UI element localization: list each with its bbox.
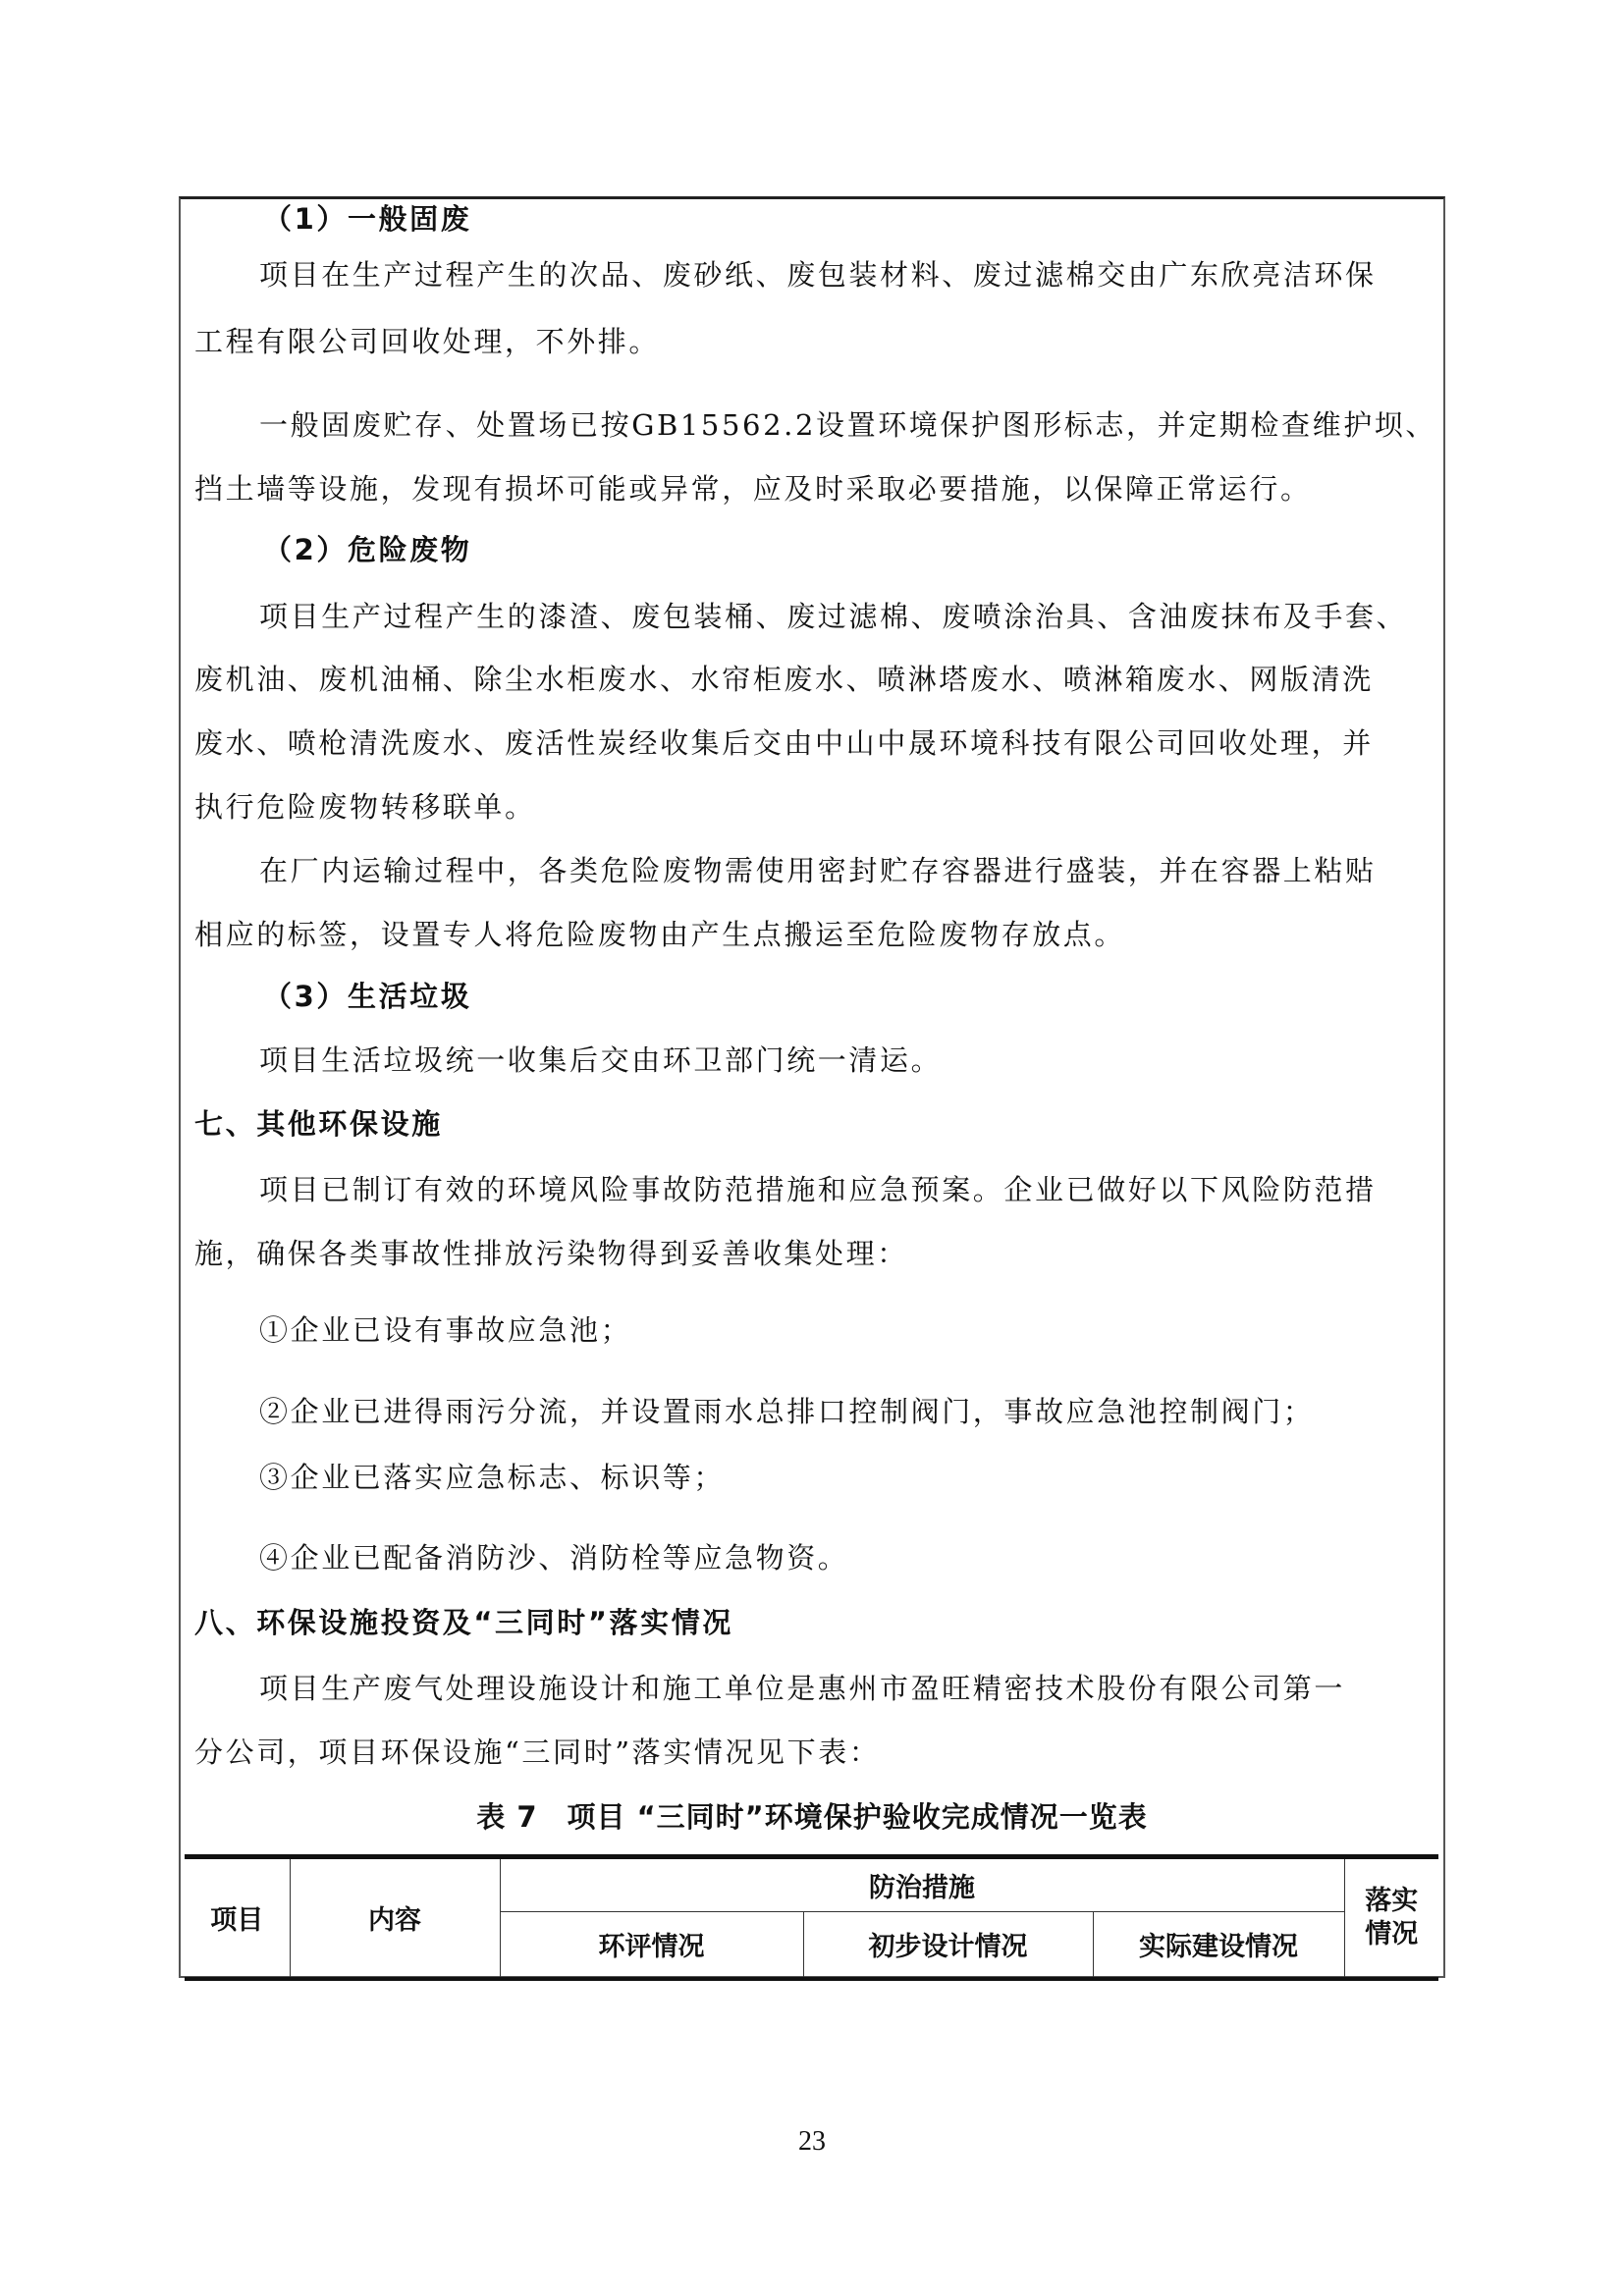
paragraph-line: 项目已制订有效的环境风险事故防范措施和应急预案。企业已做好以下风险防范措	[259, 1170, 1498, 1209]
header-content: 内容	[290, 1857, 500, 1979]
header-actual-build: 实际建设情况	[1093, 1912, 1344, 1979]
list-item: ④企业已配备消防沙、消防栓等应急物资。	[259, 1538, 1498, 1577]
heading-investment: 八、环保设施投资及“三同时”落实情况	[194, 1603, 1434, 1642]
header-prelim-design: 初步设计情况	[803, 1912, 1093, 1979]
heading-other-facilities: 七、其他环保设施	[194, 1104, 1434, 1144]
paragraph-line: 施，确保各类事故性排放污染物得到妥善收集处理：	[194, 1234, 1434, 1273]
header-implementation-line2: 情况	[1365, 1919, 1418, 1949]
header-implementation-line1: 落实	[1365, 1886, 1418, 1916]
paragraph-line: 项目生活垃圾统一收集后交由环卫部门统一清运。	[259, 1041, 1498, 1080]
list-item: ②企业已进得雨污分流，并设置雨水总排口控制阀门，事故应急池控制阀门；	[259, 1392, 1498, 1431]
paragraph-line: 执行危险废物转移联单。	[194, 787, 1434, 827]
header-implementation: 落实 情况	[1344, 1857, 1438, 1979]
list-item: ①企业已设有事故应急池；	[259, 1310, 1498, 1350]
paragraph-line: 相应的标签，设置专人将危险废物由产生点搬运至危险废物存放点。	[194, 915, 1434, 954]
paragraph-line: 挡土墙等设施，发现有损坏可能或异常，应及时采取必要措施，以保障正常运行。	[194, 469, 1434, 508]
page-number: 23	[0, 2126, 1624, 2158]
header-measures: 防治措施	[500, 1857, 1344, 1912]
paragraph-line: 废水、喷枪清洗废水、废活性炭经收集后交由中山中晟环境科技有限公司回收处理，并	[194, 723, 1434, 763]
three-simultaneous-table: 项目 内容 防治措施 落实 情况 环评情况 初步设计情况 实际建设情况	[185, 1854, 1438, 1981]
table-caption: 表 7 项目 “三同时”环境保护验收完成情况一览表	[0, 1795, 1624, 1836]
heading-domestic-waste: （3）生活垃圾	[263, 977, 1502, 1016]
content-frame	[179, 196, 1445, 1978]
paragraph-line: 分公司，项目环保设施“三同时”落实情况见下表：	[194, 1733, 1434, 1772]
paragraph-line: 在厂内运输过程中，各类危险废物需使用密封贮存容器进行盛装，并在容器上粘贴	[259, 851, 1498, 890]
paragraph-line: 项目生产废气处理设施设计和施工单位是惠州市盈旺精密技术股份有限公司第一	[259, 1669, 1498, 1708]
header-item: 项目	[185, 1857, 290, 1979]
heading-general-solid-waste: （1）一般固废	[263, 199, 1502, 239]
header-eia: 环评情况	[500, 1912, 803, 1979]
heading-hazardous-waste: （2）危险废物	[263, 530, 1502, 569]
list-item: ③企业已落实应急标志、标识等；	[259, 1458, 1498, 1497]
paragraph-line: 一般固废贮存、处置场已按GB15562.2设置环境保护图形标志，并定期检查维护坝…	[259, 405, 1498, 445]
paragraph-line: 工程有限公司回收处理，不外排。	[194, 322, 1434, 361]
paragraph-line: 项目在生产过程产生的次品、废砂纸、废包装材料、废过滤棉交由广东欣亮洁环保	[259, 255, 1498, 294]
paragraph-line: 废机油、废机油桶、除尘水柜废水、水帘柜废水、喷淋塔废水、喷淋箱废水、网版清洗	[194, 660, 1434, 699]
paragraph-line: 项目生产过程产生的漆渣、废包装桶、废过滤棉、废喷涂治具、含油废抹布及手套、	[259, 597, 1498, 636]
